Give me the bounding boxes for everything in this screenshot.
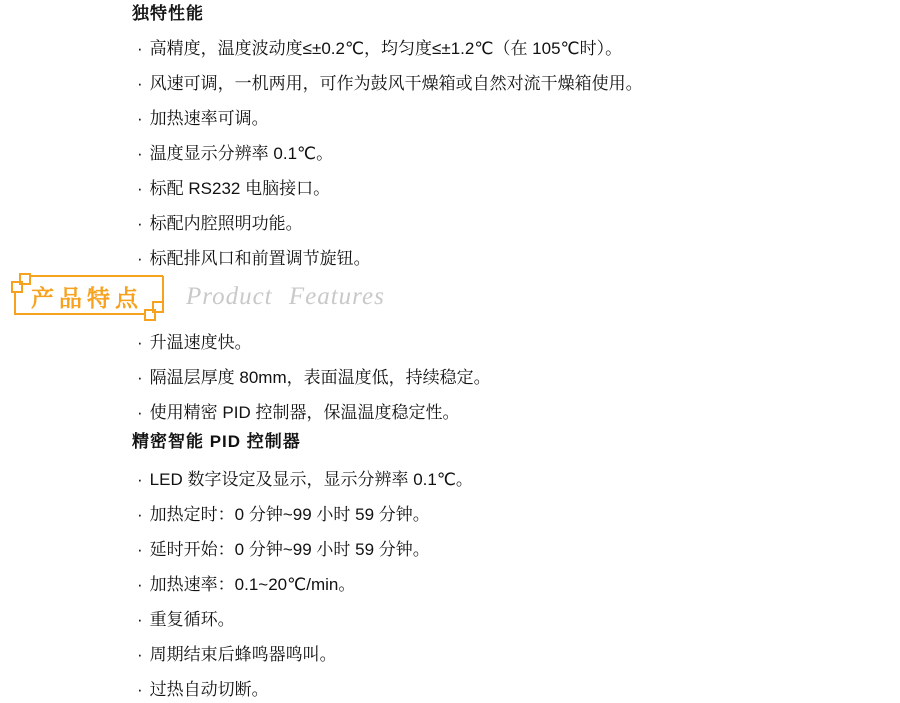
bullet-dot-icon: · [137, 645, 143, 665]
bullet-dot-icon: · [137, 505, 143, 525]
list-item-text: 风速可调，一机两用，可作为鼓风干燥箱或自然对流干燥箱使用。 [150, 74, 643, 94]
list-item-text: 使用精密 PID 控制器，保温温度稳定性。 [150, 403, 460, 423]
list-item: · 升温速度快。 [132, 333, 900, 353]
list-item-text: 标配 RS232 电脑接口。 [150, 179, 330, 199]
list-item-text: 加热速率可调。 [150, 109, 269, 129]
list-item: · 延时开始：0 分钟~99 小时 59 分钟。 [132, 540, 900, 560]
badge-subtitle: Product Features [186, 283, 385, 311]
bullet-dot-icon: · [137, 610, 143, 630]
list-item: · 重复循环。 [132, 610, 900, 630]
feature-list-column: 独特性能 · 高精度，温度波动度≤±0.2℃，均匀度≤±1.2℃（在 105℃时… [0, 0, 900, 700]
list-item: · 隔温层厚度 80mm，表面温度低，持续稳定。 [132, 368, 900, 388]
product-features-badge: 产品特点 [8, 271, 176, 327]
section-title-pid-controller: 精密智能 PID 控制器 [132, 432, 900, 452]
list-item: · 使用精密 PID 控制器，保温温度稳定性。 [132, 403, 900, 423]
bullet-dot-icon: · [137, 470, 143, 490]
list-item: · 高精度，温度波动度≤±0.2℃，均匀度≤±1.2℃（在 105℃时）。 [132, 39, 900, 59]
list-item-text: 周期结束后蜂鸣器鸣叫。 [150, 645, 337, 665]
bullet-dot-icon: · [137, 39, 143, 59]
bullet-dot-icon: · [137, 575, 143, 595]
product-features-page: 独特性能 · 高精度，温度波动度≤±0.2℃，均匀度≤±1.2℃（在 105℃时… [0, 0, 900, 703]
list-item-text: 标配排风口和前置调节旋钮。 [150, 249, 371, 269]
list-item-text: LED 数字设定及显示，显示分辨率 0.1℃。 [150, 470, 473, 490]
list-item: · 加热定时：0 分钟~99 小时 59 分钟。 [132, 505, 900, 525]
list-item: · 过热自动切断。 [132, 680, 900, 700]
list-item-text: 加热速率：0.1~20℃/min。 [150, 575, 356, 595]
section-title-unique-performance: 独特性能 [132, 4, 900, 24]
list-item-text: 标配内腔照明功能。 [150, 214, 303, 234]
list-item-text: 重复循环。 [150, 610, 235, 630]
list-item: · 周期结束后蜂鸣器鸣叫。 [132, 645, 900, 665]
bullet-dot-icon: · [137, 368, 143, 388]
bullet-dot-icon: · [137, 144, 143, 164]
list-item-text: 过热自动切断。 [150, 680, 269, 700]
list-item-text: 温度显示分辨率 0.1℃。 [150, 144, 333, 164]
bullet-dot-icon: · [137, 249, 143, 269]
bullet-dot-icon: · [137, 680, 143, 700]
list-item: · LED 数字设定及显示，显示分辨率 0.1℃。 [132, 470, 900, 490]
bullet-dot-icon: · [137, 403, 143, 423]
badge-title: 产品特点 [31, 280, 143, 313]
list-item: · 标配内腔照明功能。 [132, 214, 900, 234]
list-item: · 温度显示分辨率 0.1℃。 [132, 144, 900, 164]
bullet-dot-icon: · [137, 109, 143, 129]
list-item: · 标配 RS232 电脑接口。 [132, 179, 900, 199]
list-item: · 风速可调，一机两用，可作为鼓风干燥箱或自然对流干燥箱使用。 [132, 74, 900, 94]
bullet-dot-icon: · [137, 540, 143, 560]
list-item-text: 升温速度快。 [150, 333, 252, 353]
list-item-text: 延时开始：0 分钟~99 小时 59 分钟。 [150, 540, 430, 560]
bullet-dot-icon: · [137, 333, 143, 353]
list-item: · 加热速率可调。 [132, 109, 900, 129]
list-item-text: 加热定时：0 分钟~99 小时 59 分钟。 [150, 505, 430, 525]
list-item-text: 高精度，温度波动度≤±0.2℃，均匀度≤±1.2℃（在 105℃时）。 [150, 39, 622, 59]
bullet-dot-icon: · [137, 179, 143, 199]
list-item: · 标配排风口和前置调节旋钮。 [132, 249, 900, 269]
list-item-text: 隔温层厚度 80mm，表面温度低，持续稳定。 [150, 368, 491, 388]
bullet-dot-icon: · [137, 214, 143, 234]
list-item: · 加热速率：0.1~20℃/min。 [132, 575, 900, 595]
bullet-dot-icon: · [137, 74, 143, 94]
